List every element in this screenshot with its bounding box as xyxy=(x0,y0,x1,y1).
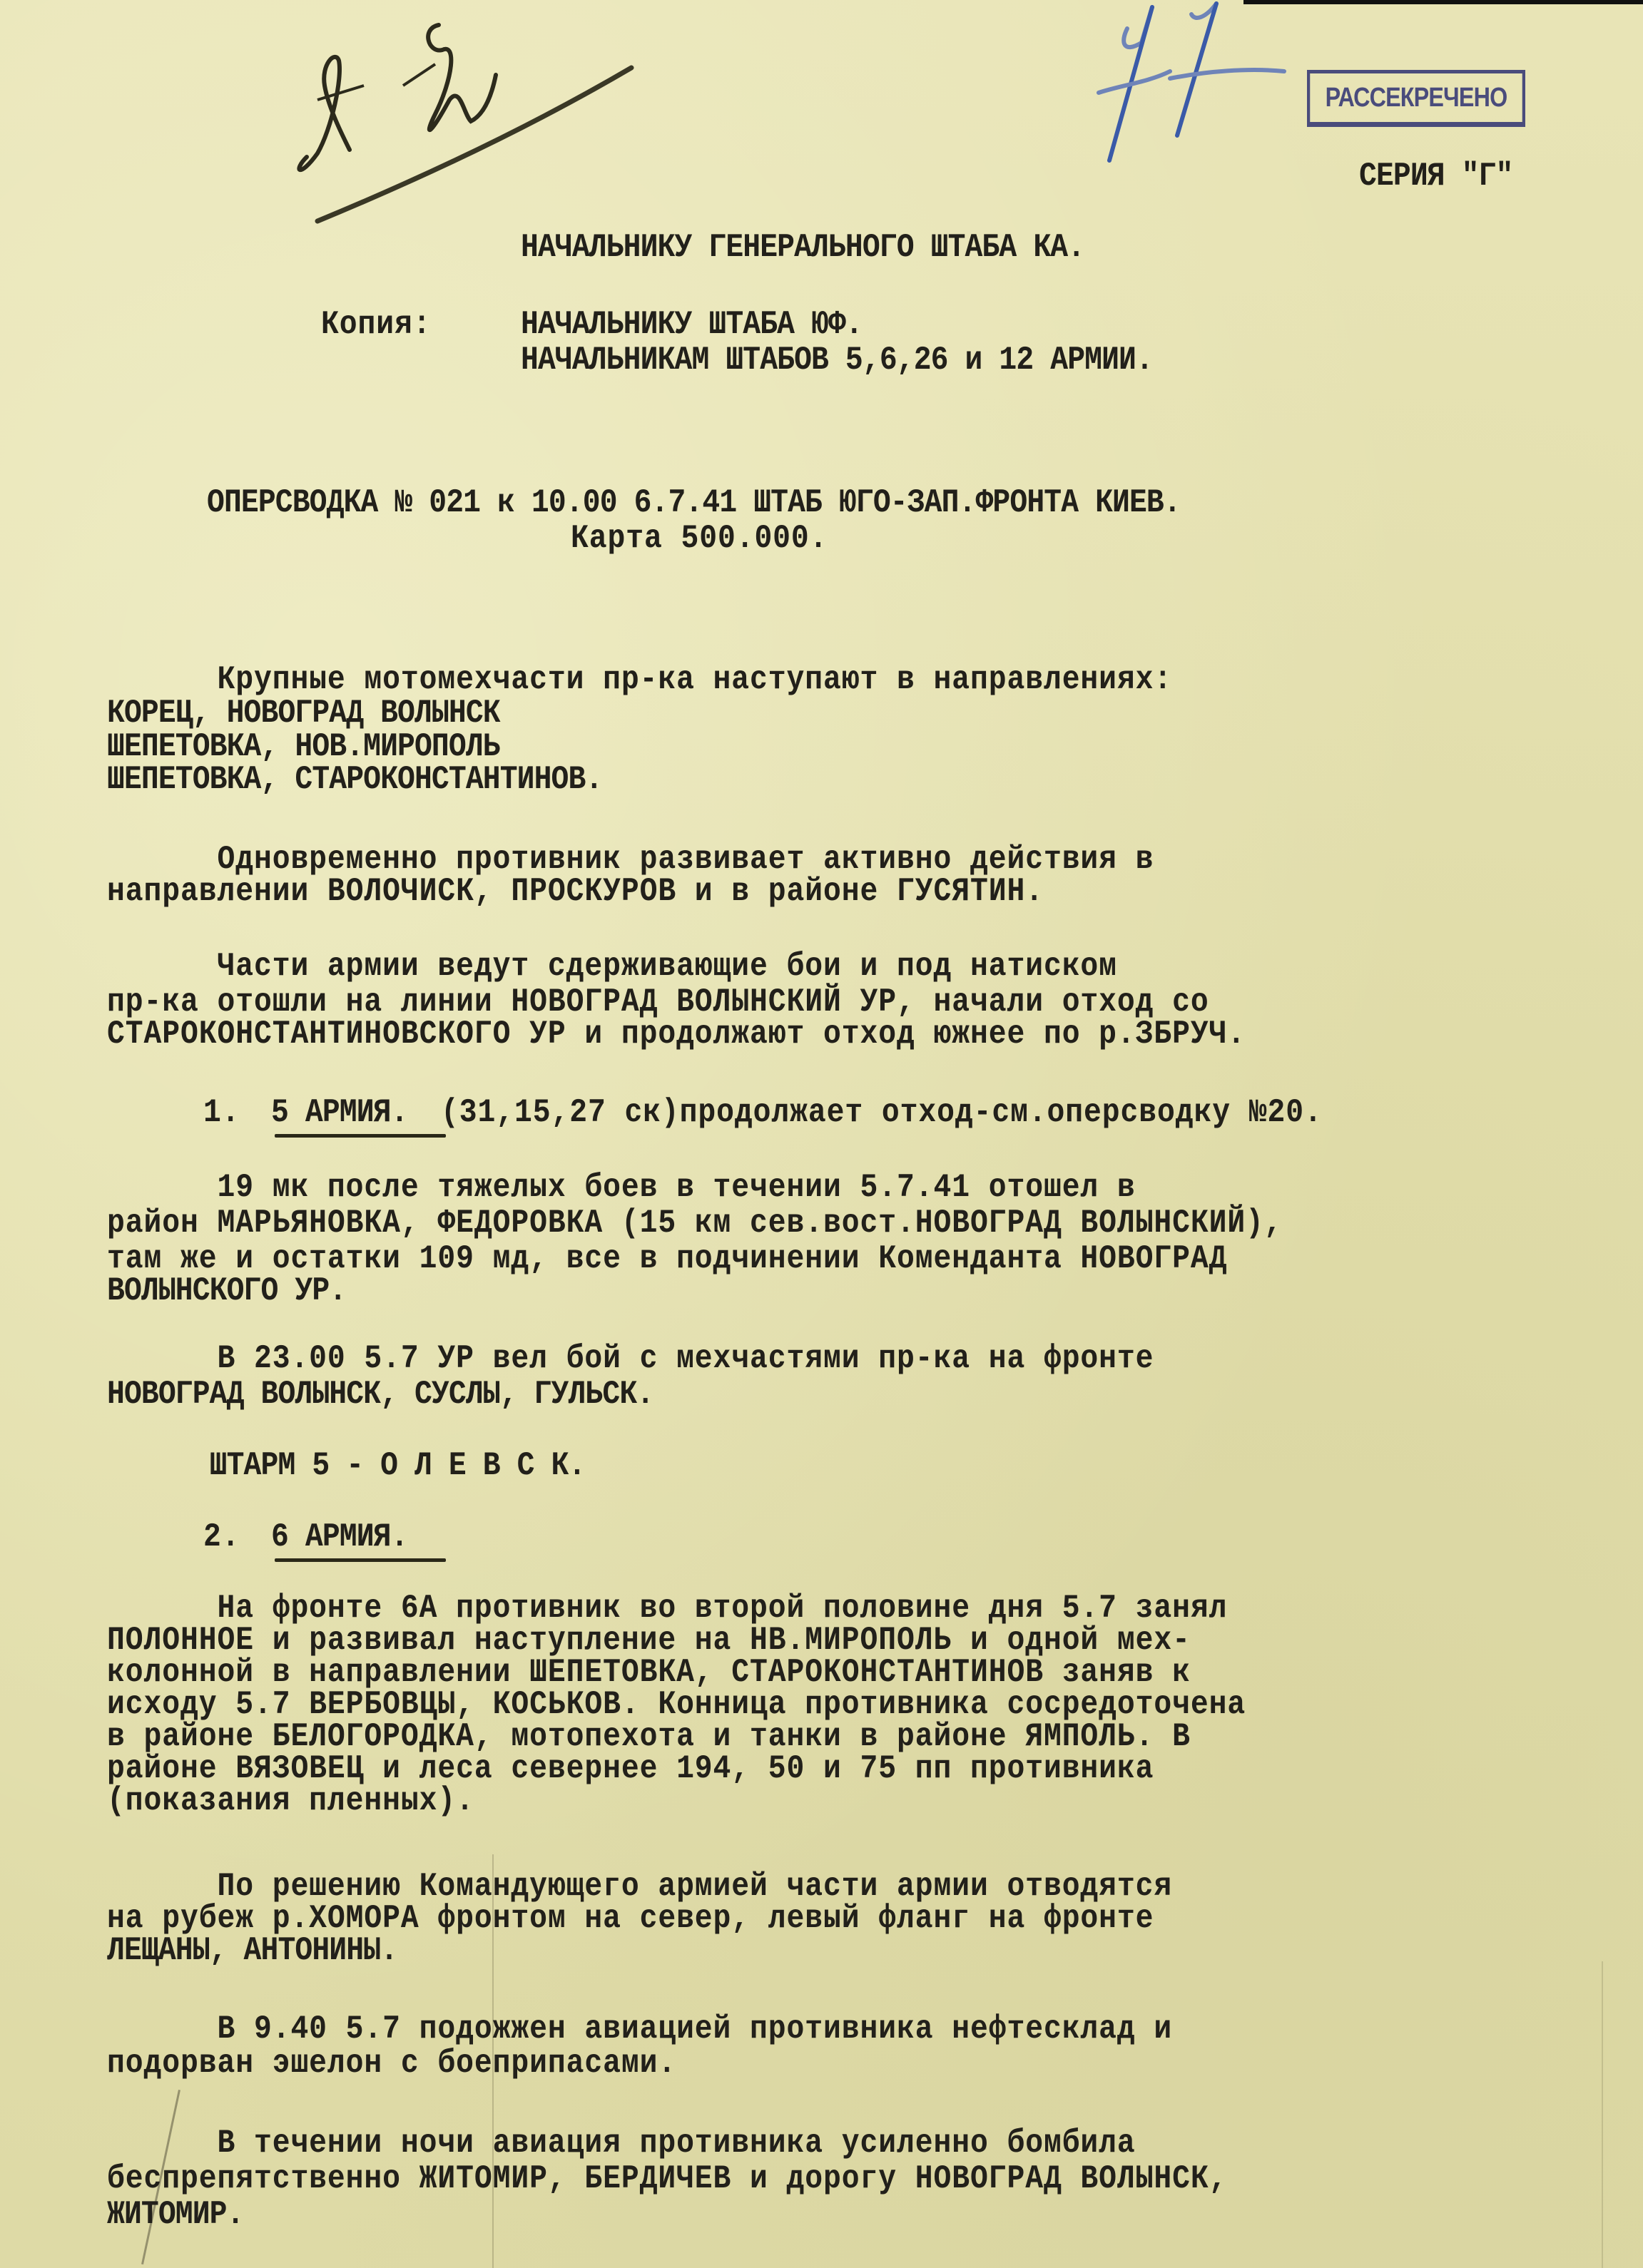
paragraph-line: НОВОГРАД ВОЛЫНСК, СУСЛЫ, ГУЛЬСК. xyxy=(107,1376,653,1412)
handwritten-page-number xyxy=(1092,0,1306,171)
paragraph-line: беспрепятственно ЖИТОМИР, БЕРДИЧЕВ и дор… xyxy=(107,2161,1227,2197)
paragraph-line: В 9.40 5.7 подожжен авиацией противника … xyxy=(107,2011,1172,2047)
paragraph-line: ВОЛЫНСКОГО УР. xyxy=(107,1273,346,1309)
paragraph-line: ШЕПЕТОВКА, СТАРОКОНСТАНТИНОВ. xyxy=(107,762,602,797)
paragraph-line: СТАРОКОНСТАНТИНОВСКОГО УР и продолжают о… xyxy=(107,1016,1246,1052)
paragraph-line: пр-ка отошли на линии НОВОГРАД ВОЛЫНСКИЙ… xyxy=(107,984,1209,1020)
section-heading-5-army: 5 АРМИЯ. xyxy=(271,1095,408,1130)
section-heading-6-army: 6 АРМИЯ. xyxy=(271,1519,408,1555)
paragraph-line: направлении ВОЛОЧИСК, ПРОСКУРОВ и в райо… xyxy=(107,874,1044,909)
paragraph-line: ШЕПЕТОВКА, НОВ.МИРОПОЛЬ xyxy=(107,729,500,765)
paragraph-line: На фронте 6А противник во второй половин… xyxy=(107,1590,1227,1626)
paragraph-line: (показания пленных). xyxy=(107,1783,474,1819)
paper-crease xyxy=(1602,1961,1603,2268)
paragraph-line: 19 мк после тяжелых боев в течении 5.7.4… xyxy=(107,1170,1136,1205)
copy-recipient: НАЧАЛЬНИКАМ ШТАБОВ 5,6,26 и 12 АРМИИ. xyxy=(521,342,1153,378)
paragraph-line: там же и остатки 109 мд, все в подчинени… xyxy=(107,1241,1227,1277)
section-text: (31,15,27 ск)продолжает отход-см.оперсво… xyxy=(441,1095,1323,1130)
paragraph-line: В течении ночи авиация противника усилен… xyxy=(107,2125,1136,2161)
paragraph-line: ЖИТОМИР. xyxy=(107,2197,244,2232)
section-number: 2. xyxy=(203,1519,240,1555)
paragraph-line: Одновременно противник развивает активно… xyxy=(107,842,1154,877)
series-label: СЕРИЯ "Г" xyxy=(1359,158,1513,194)
copy-label: Копия: xyxy=(321,307,431,342)
section-number: 1. xyxy=(203,1095,240,1130)
paragraph-line: Части армии ведут сдерживающие бои и под… xyxy=(107,949,1117,984)
paragraph-line: колонной в направлении ШЕПЕТОВКА, СТАРОК… xyxy=(107,1655,1191,1690)
copy-recipient: НАЧАЛЬНИКУ ШТАБА ЮФ. xyxy=(521,307,863,342)
army-hq-location: ШТАРМ 5 - О Л Е В С К. xyxy=(107,1448,585,1483)
paragraph-line: КОРЕЦ, НОВОГРАД ВОЛЫНСК xyxy=(107,695,500,731)
paragraph-line: район МАРЬЯНОВКА, ФЕДОРОВКА (15 км сев.в… xyxy=(107,1205,1283,1241)
paragraph-line: исходу 5.7 ВЕРБОВЦЫ, КОСЬКОВ. Конница пр… xyxy=(107,1687,1246,1722)
map-scale: Карта 500.000. xyxy=(571,521,828,556)
paragraph-line: в районе БЕЛОГОРОДКА, мотопехота и танки… xyxy=(107,1719,1191,1754)
paragraph-line: районе ВЯЗОВЕЦ и леса севернее 194, 50 и… xyxy=(107,1751,1154,1787)
paragraph-line: По решению Командующего армией части арм… xyxy=(107,1869,1172,1904)
paragraph-line: подорван эшелон с боеприпасами. xyxy=(107,2045,676,2081)
declassified-stamp: РАССЕКРЕЧЕНО xyxy=(1307,70,1525,127)
document-page: РАССЕКРЕЧЕНО СЕРИЯ "Г" НАЧАЛЬНИКУ ГЕНЕРА… xyxy=(0,0,1643,2268)
paragraph-line: В 23.00 5.7 УР вел бой с мехчастями пр-к… xyxy=(107,1341,1154,1376)
paragraph-line: ПОЛОННОЕ и развивал наступление на НВ.МИ… xyxy=(107,1623,1191,1658)
report-title: ОПЕРСВОДКА № 021 к 10.00 6.7.41 ШТАБ ЮГО… xyxy=(207,485,1181,521)
paragraph-line: на рубеж р.ХОМОРА фронтом на север, левы… xyxy=(107,1901,1154,1936)
heading-underline xyxy=(275,1134,446,1138)
heading-underline xyxy=(275,1558,446,1562)
handwritten-signature-mark xyxy=(278,21,635,235)
paragraph-line: Крупные мотомехчасти пр-ка наступают в н… xyxy=(107,662,1172,698)
addressee: НАЧАЛЬНИКУ ГЕНЕРАЛЬНОГО ШТАБА КА. xyxy=(521,230,1084,265)
paragraph-line: ЛЕЩАНЫ, АНТОНИНЫ. xyxy=(107,1933,397,1968)
